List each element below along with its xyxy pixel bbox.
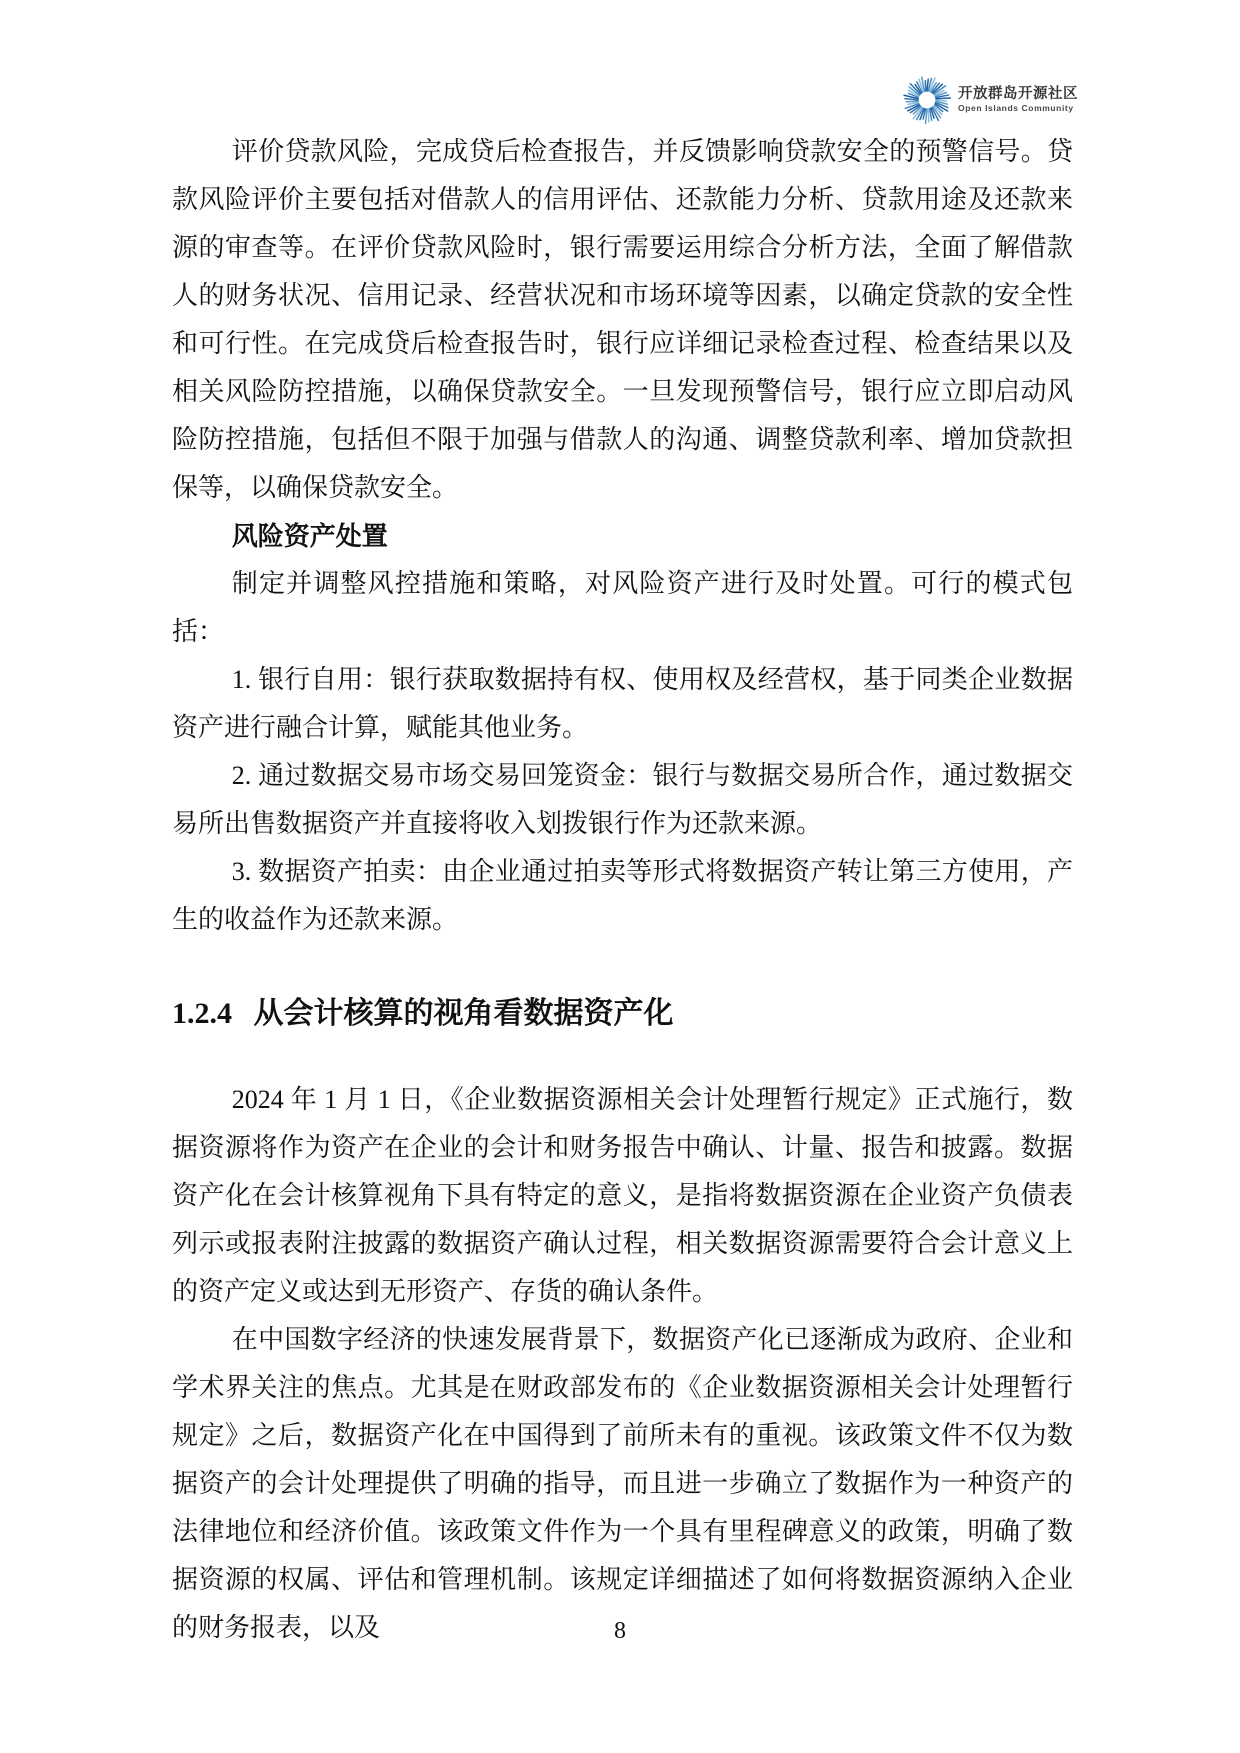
page-number: 8	[614, 1618, 626, 1644]
section-title: 从会计核算的视角看数据资产化	[254, 997, 674, 1030]
logo-subtitle: Open Islands Community	[958, 103, 1078, 114]
page-footer: 8	[0, 1618, 1240, 1645]
section-heading-1-2-4: 1.2.4 从会计核算的视角看数据资产化	[172, 992, 1073, 1036]
list-item-bank-self-use: 1. 银行自用：银行获取数据持有权、使用权及经营权，基于同类企业数据资产进行融合…	[172, 656, 1073, 752]
section-number: 1.2.4	[172, 997, 232, 1030]
logo-title: 开放群岛开源社区	[958, 86, 1078, 103]
list-item-data-exchange: 2. 通过数据交易市场交易回笼资金：银行与数据交易所合作，通过数据交易所出售数据…	[172, 752, 1073, 848]
brand-logo: 开放群岛开源社区 Open Islands Community	[903, 76, 1078, 124]
sunburst-icon	[903, 76, 951, 124]
paragraph-accounting-regulation: 2024 年 1 月 1 日，《企业数据资源相关会计处理暂行规定》正式施行，数据…	[172, 1076, 1073, 1316]
paragraph-loan-risk: 评价贷款风险，完成贷后检查报告，并反馈影响贷款安全的预警信号。贷款风险评价主要包…	[172, 128, 1073, 512]
paragraph-digital-economy-context: 在中国数字经济的快速发展背景下，数据资产化已逐渐成为政府、企业和学术界关注的焦点…	[172, 1316, 1073, 1652]
document-content: 评价贷款风险，完成贷后检查报告，并反馈影响贷款安全的预警信号。贷款风险评价主要包…	[172, 128, 1073, 1652]
subsection-heading-risk-asset-disposal: 风险资产处置	[172, 512, 1073, 560]
document-page: 开放群岛开源社区 Open Islands Community 评价贷款风险，完…	[0, 0, 1240, 1753]
logo-text: 开放群岛开源社区 Open Islands Community	[958, 86, 1078, 114]
list-item-data-asset-auction: 3. 数据资产拍卖：由企业通过拍卖等形式将数据资产转让第三方使用，产生的收益作为…	[172, 848, 1073, 944]
paragraph-disposal-modes-intro: 制定并调整风控措施和策略，对风险资产进行及时处置。可行的模式包括：	[172, 560, 1073, 656]
